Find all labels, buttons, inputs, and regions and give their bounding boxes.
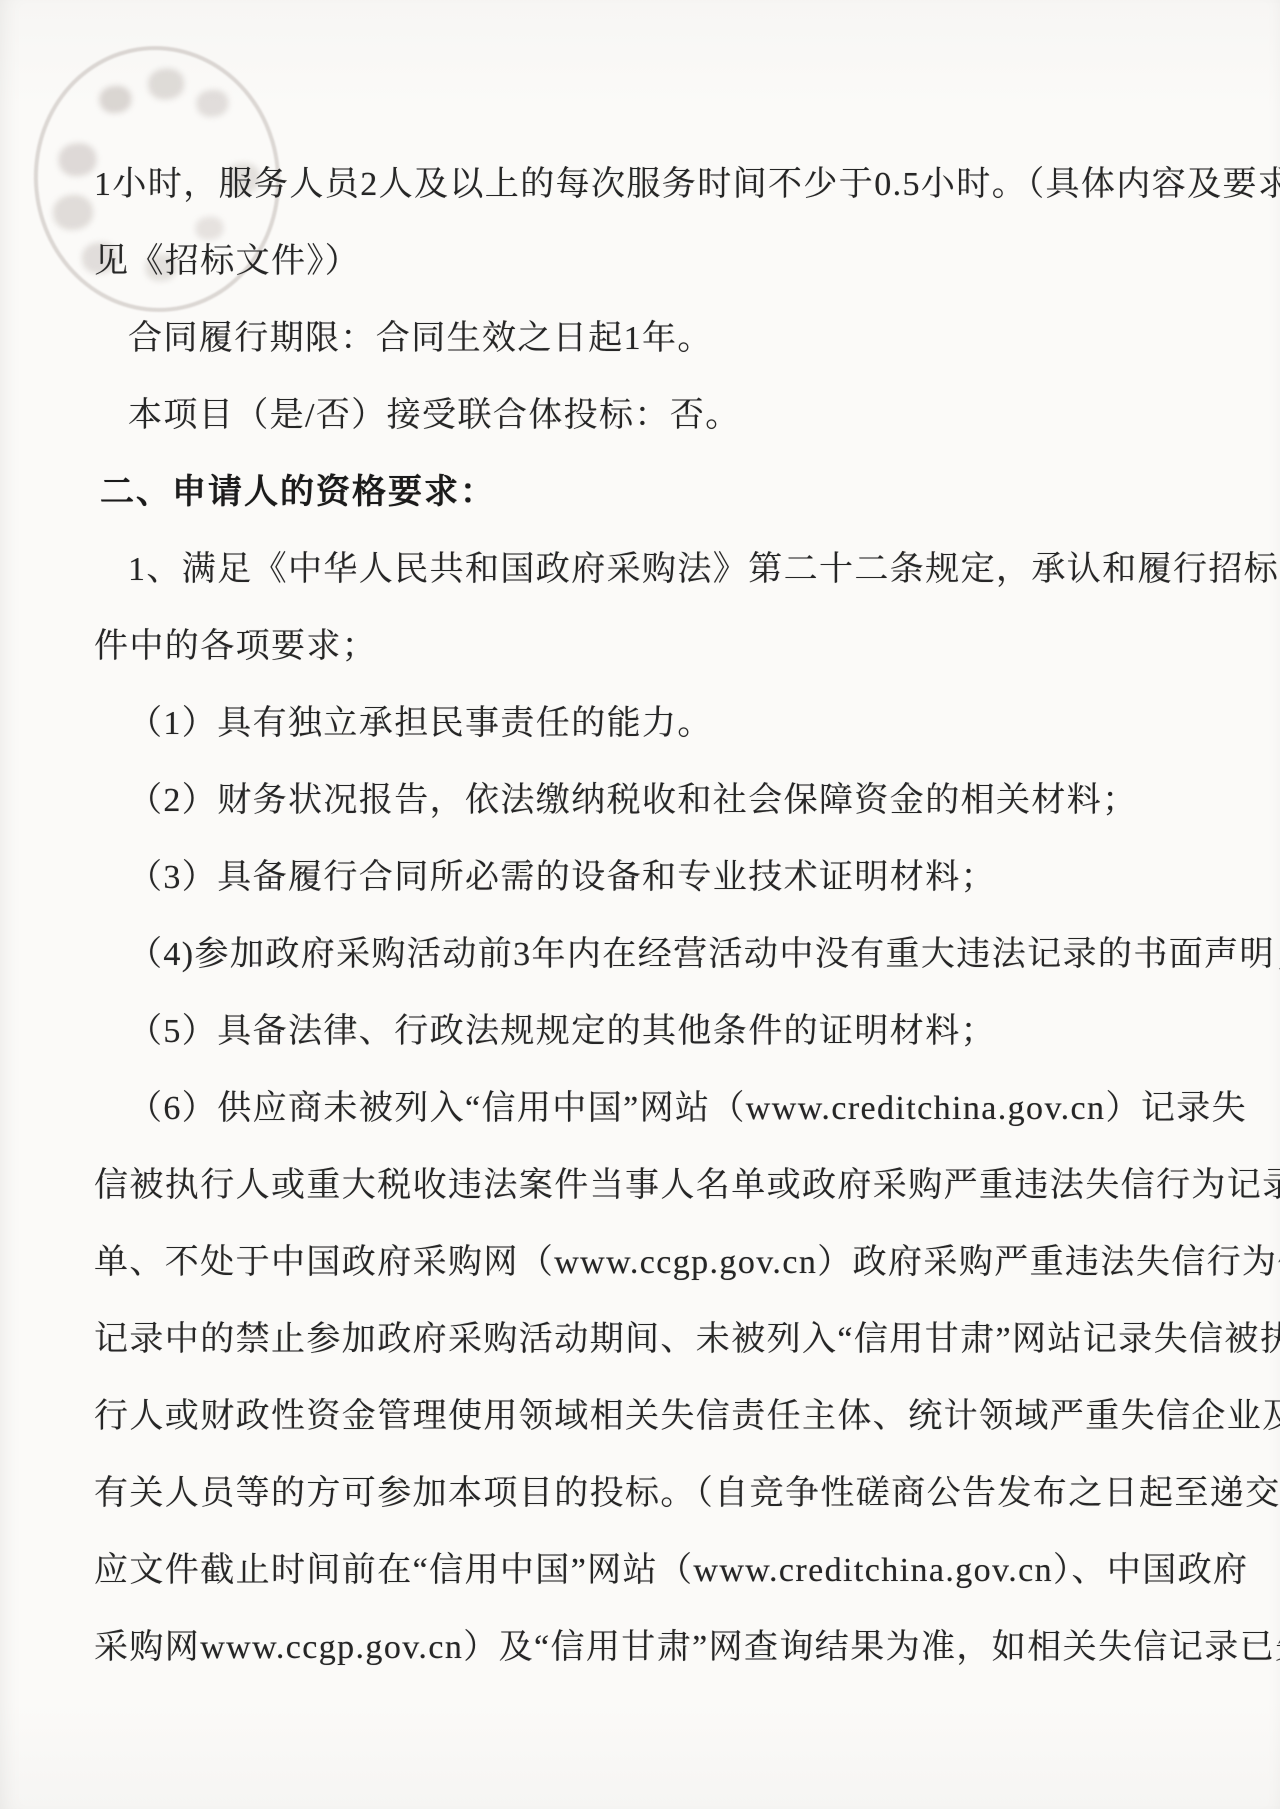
section-heading-qualification: 二、申请人的资格要求： [94,454,1206,531]
text-line-sub6-cont-6: 应文件截止时间前在“信用中国”网站（www.creditchina.gov.cn… [94,1532,1206,1609]
text-line-sub6: （6）供应商未被列入“信用中国”网站（www.creditchina.gov.c… [94,1070,1206,1147]
text-line-sub5: （5）具备法律、行政法规规定的其他条件的证明材料； [94,993,1206,1070]
text-line-sub6-cont-2: 单、不处于中国政府采购网（www.ccgp.gov.cn）政府采购严重违法失信行… [94,1224,1206,1301]
text-line-item1: 1、满足《中华人民共和国政府采购法》第二十二条规定，承认和履行招标文 [94,531,1206,608]
text-line-item1-cont: 件中的各项要求； [94,608,1206,685]
text-line-contract-period: 合同履行期限：合同生效之日起1年。 [94,300,1206,377]
text-line-see-tender-doc: 见《招标文件》） [94,223,1206,300]
text-line-sub4: （4)参加政府采购活动前3年内在经营活动中没有重大违法记录的书面声明； [94,916,1206,993]
text-line-sub3: （3）具备履行合同所必需的设备和专业技术证明材料； [94,839,1206,916]
text-line-sub6-cont-3: 记录中的禁止参加政府采购活动期间、未被列入“信用甘肃”网站记录失信被执 [94,1301,1206,1378]
text-line-service-time: 1小时，服务人员2人及以上的每次服务时间不少于0.5小时。（具体内容及要求详 [94,146,1206,223]
text-line-sub6-cont-7: 采购网www.ccgp.gov.cn）及“信用甘肃”网查询结果为准，如相关失信记… [94,1609,1206,1686]
text-line-sub6-cont-4: 行人或财政性资金管理使用领域相关失信责任主体、统计领域严重失信企业及其 [94,1378,1206,1455]
text-line-sub2: （2）财务状况报告，依法缴纳税收和社会保障资金的相关材料； [94,762,1206,839]
text-line-sub6-cont-5: 有关人员等的方可参加本项目的投标。（自竞争性磋商公告发布之日起至递交响 [94,1455,1206,1532]
scanned-document-page: 1小时，服务人员2人及以上的每次服务时间不少于0.5小时。（具体内容及要求详 见… [0,0,1280,1809]
document-body: 1小时，服务人员2人及以上的每次服务时间不少于0.5小时。（具体内容及要求详 见… [94,146,1206,1686]
text-line-sub1: （1）具有独立承担民事责任的能力。 [94,685,1206,762]
text-line-sub6-cont-1: 信被执行人或重大税收违法案件当事人名单或政府采购严重违法失信行为记录名 [94,1147,1206,1224]
text-line-joint-bid: 本项目（是/否）接受联合体投标：否。 [94,377,1206,454]
